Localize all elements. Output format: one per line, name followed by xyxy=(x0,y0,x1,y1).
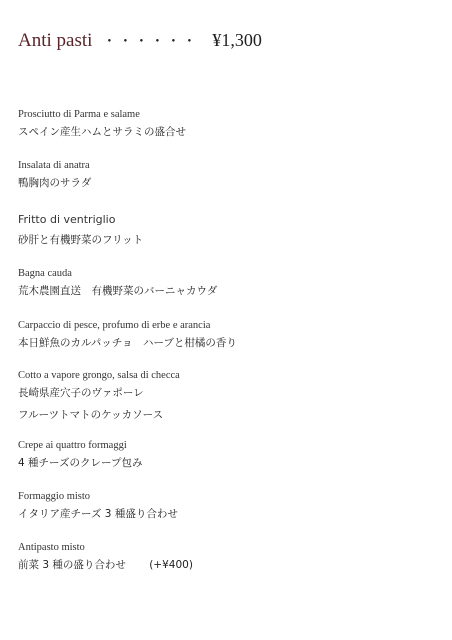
italian-name: Crepe ai quattro formaggi xyxy=(18,439,142,453)
menu-item-bagna-cauda: Bagna cauda 荒木農園直送 有機野菜のバーニャカウダ xyxy=(18,267,217,299)
italian-name: Formaggio misto xyxy=(18,490,178,504)
menu-item-fritto: Fritto di ventriglio 砂肝と有機野菜のフリット xyxy=(18,212,143,248)
italian-name: Bagna cauda xyxy=(18,267,217,281)
menu-item-carpaccio: Carpaccio di pesce, profumo di erbe e ar… xyxy=(18,319,237,351)
extra-charge: (+¥400) xyxy=(149,559,193,571)
section-title: Anti pasti xyxy=(18,30,92,52)
italian-name: Antipasto misto xyxy=(18,541,193,555)
japanese-name-row: 前菜 3 種の盛り合わせ (+¥400) xyxy=(18,558,193,573)
menu-item-crepe: Crepe ai quattro formaggi 4 種チーズのクレープ包み xyxy=(18,439,142,471)
italian-name: Cotto a vapore grongo, salsa di checca xyxy=(18,369,180,383)
italian-name: Fritto di ventriglio xyxy=(18,212,143,228)
japanese-name-line2: フルーツトマトのケッカソース xyxy=(18,408,180,423)
menu-header: Anti pasti ・・・・・・ ¥1,300 xyxy=(18,30,262,52)
section-price: ¥1,300 xyxy=(212,30,262,51)
japanese-name: スペイン産生ハムとサラミの盛合せ xyxy=(18,125,186,140)
japanese-name: 鴨胸肉のサラダ xyxy=(18,176,91,191)
japanese-name: イタリア産チーズ 3 種盛り合わせ xyxy=(18,507,178,522)
italian-name: Prosciutto di Parma e salame xyxy=(18,108,186,122)
menu-item-prosciutto: Prosciutto di Parma e salame スペイン産生ハムとサラ… xyxy=(18,108,186,140)
menu-item-antipasto-misto: Antipasto misto 前菜 3 種の盛り合わせ (+¥400) xyxy=(18,541,193,573)
japanese-name: 前菜 3 種の盛り合わせ xyxy=(18,559,126,571)
japanese-name: 4 種チーズのクレープ包み xyxy=(18,456,142,471)
japanese-name: 砂肝と有機野菜のフリット xyxy=(18,233,143,248)
japanese-name: 長崎県産穴子のヴァポーレ xyxy=(18,386,180,401)
japanese-name: 荒木農園直送 有機野菜のバーニャカウダ xyxy=(18,284,217,299)
menu-item-cotto-grongo: Cotto a vapore grongo, salsa di checca 長… xyxy=(18,369,180,423)
menu-item-insalata: Insalata di anatra 鴨胸肉のサラダ xyxy=(18,159,91,191)
italian-name: Insalata di anatra xyxy=(18,159,91,173)
japanese-name: 本日鮮魚のカルパッチョ ハーブと柑橘の香り xyxy=(18,336,237,351)
menu-item-formaggio: Formaggio misto イタリア産チーズ 3 種盛り合わせ xyxy=(18,490,178,522)
leader-dots: ・・・・・・ xyxy=(102,31,198,51)
italian-name: Carpaccio di pesce, profumo di erbe e ar… xyxy=(18,319,237,333)
